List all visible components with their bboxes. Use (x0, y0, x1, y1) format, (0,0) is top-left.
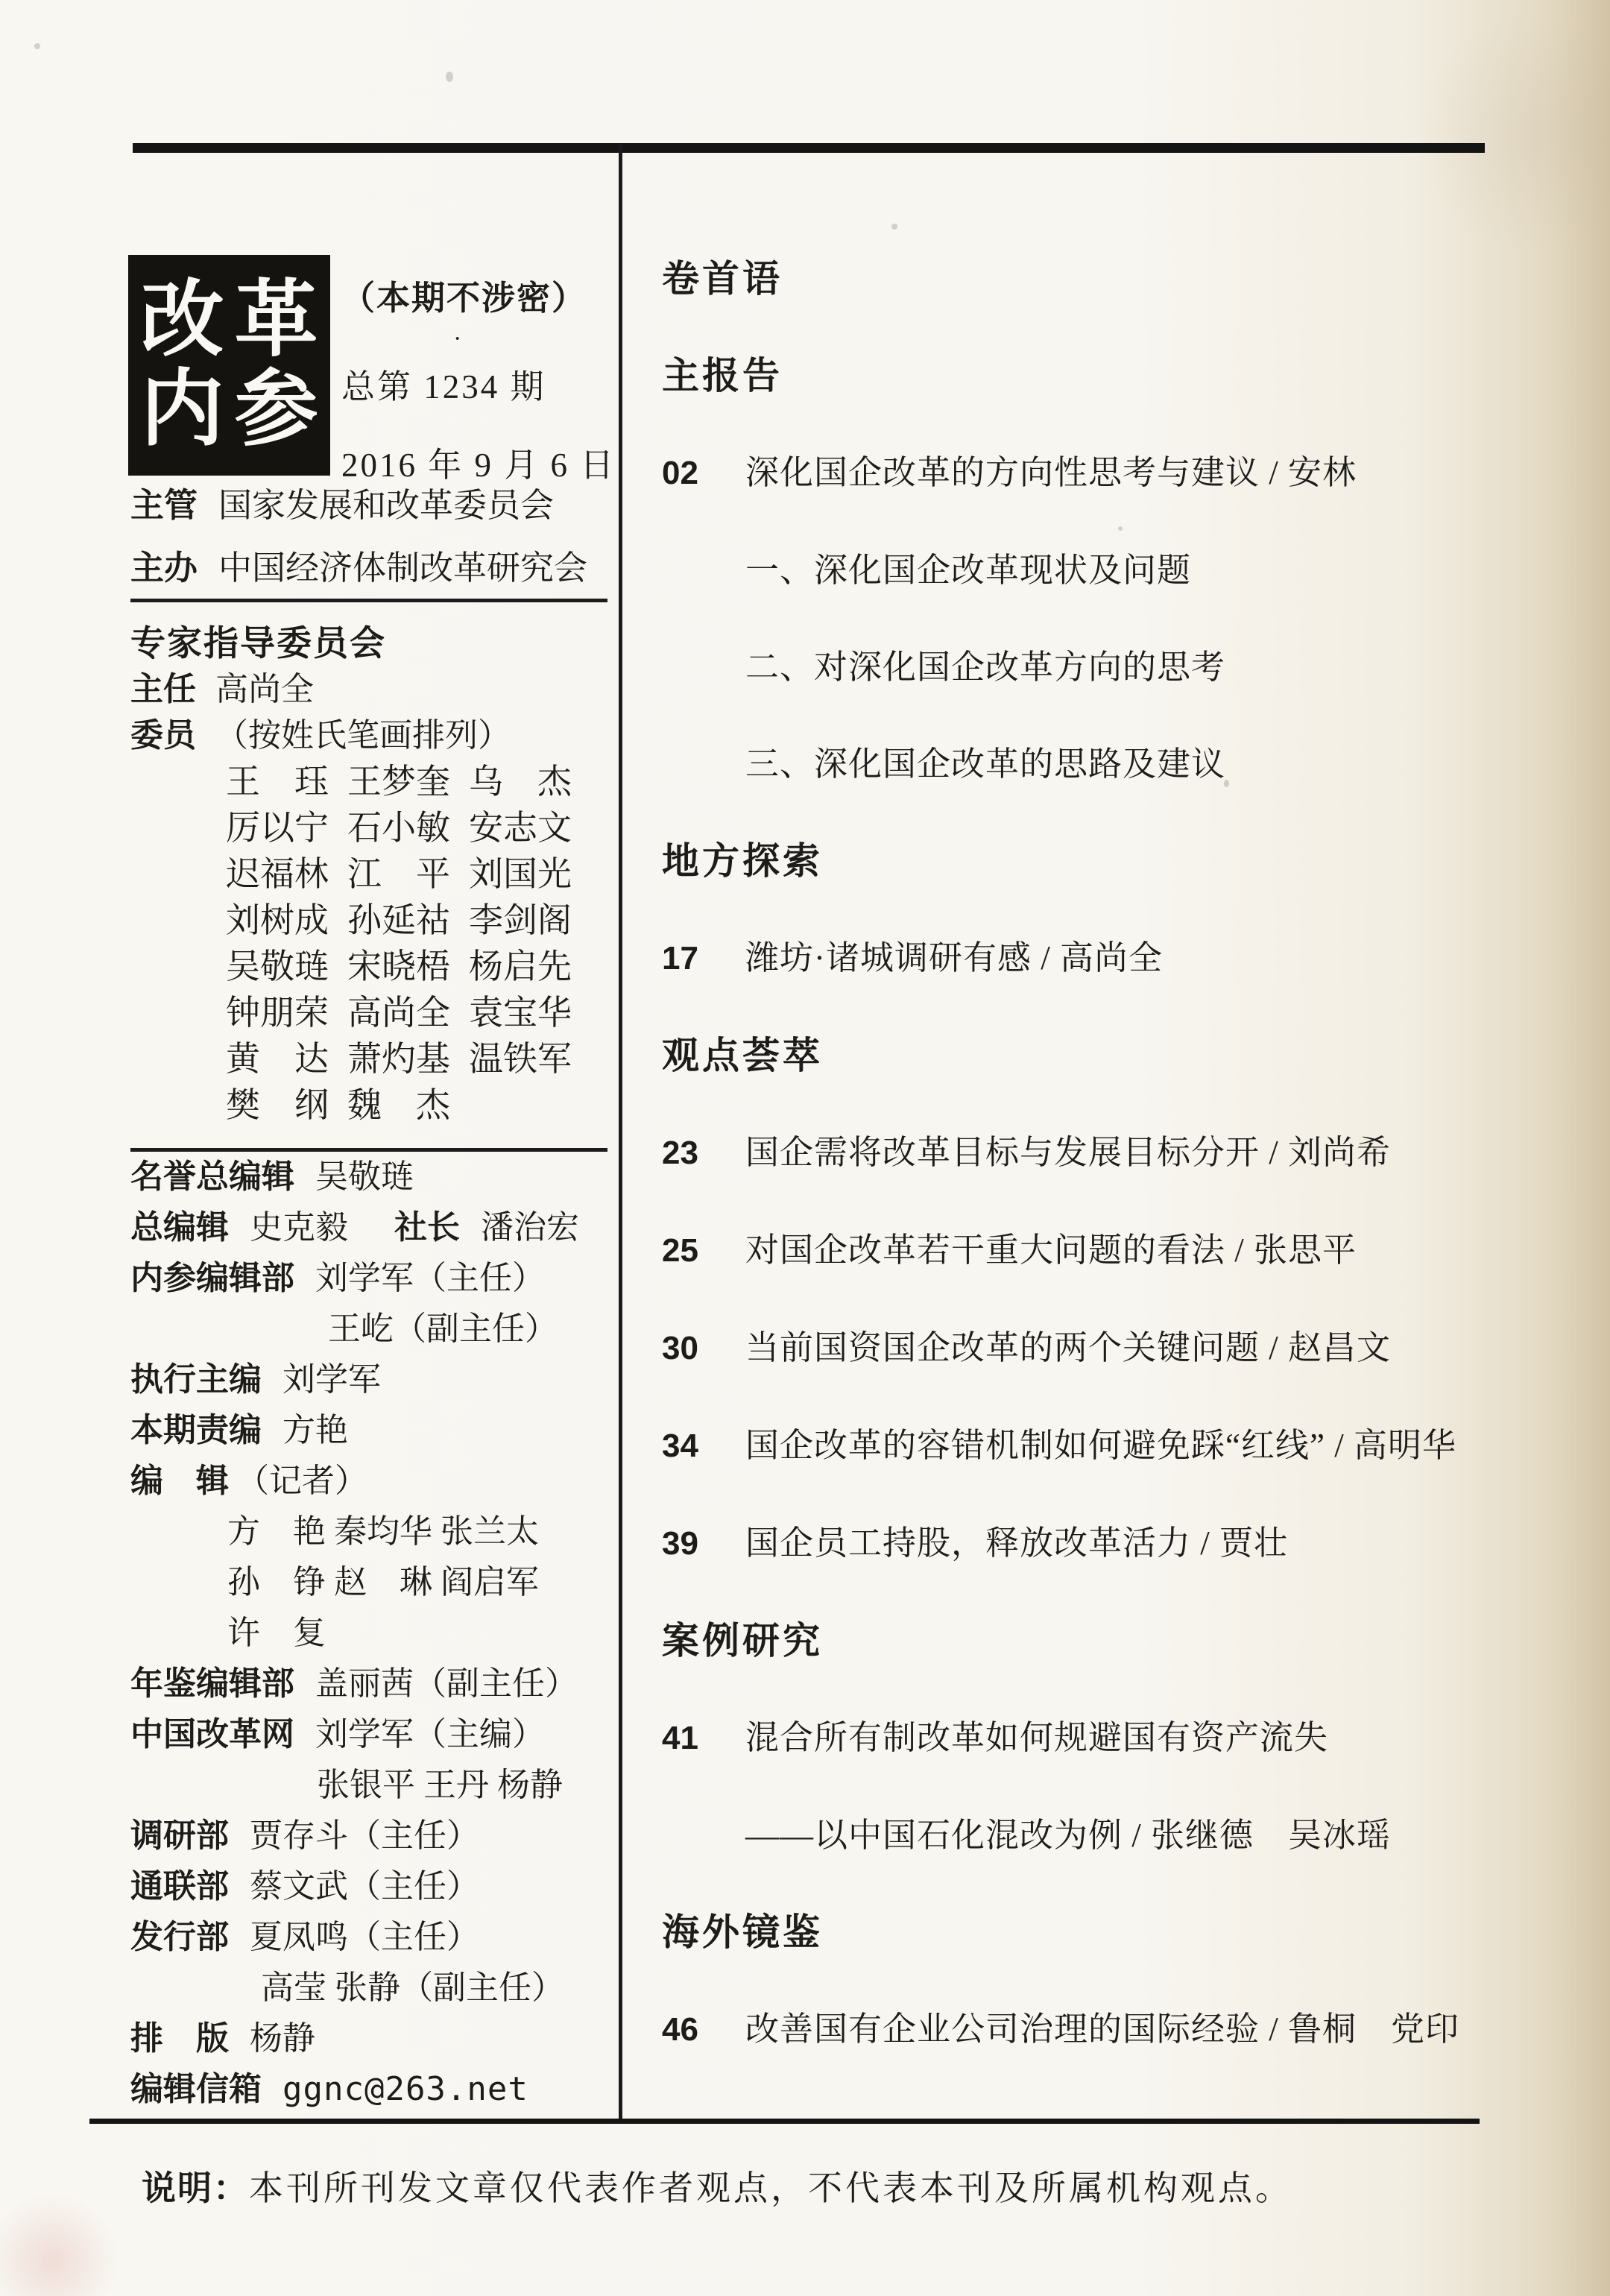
staff-row-editors-3: 许 复 (130, 1608, 619, 1659)
main-report-heading-text: 主报告 (662, 327, 783, 424)
staff-list: 名誉总编辑 吴敬琏 总编辑 史克毅 社长 潘治宏 内参编辑部 刘学军（主任） 王… (130, 1152, 619, 2115)
member-name: 杨启先 (469, 944, 590, 990)
sponsor-label: 主办 (130, 545, 198, 591)
classification-note: （本期不涉密） (341, 271, 616, 319)
member-name: 袁宝华 (469, 990, 590, 1036)
toc-entry-views-1: 23 国企需将改革目标与发展目标分开 / 刘尚希 (662, 1104, 1519, 1202)
toc-subentry-1: 一、深化国企改革现状及问题 (662, 522, 1519, 619)
scan-speck (34, 43, 40, 49)
toc-entry-views-2: 25 对国企改革若干重大问题的看法 / 张思平 (662, 1202, 1519, 1299)
member-name: 迟福林 (226, 851, 347, 898)
staff-row-executive-editor: 执行主编 刘学军 (130, 1354, 619, 1405)
staff-row-editors-2: 孙 铮 赵 琳 阎启军 (130, 1557, 619, 1608)
member-name: 石小敏 (347, 805, 469, 851)
staff-row-distribution: 发行部 夏凤鸣（主任） (130, 1912, 619, 1963)
editors-names-3: 许 复 (227, 1608, 326, 1659)
issue-editor-label: 本期责编 (130, 1405, 262, 1456)
member-name: 萧灼基 (347, 1036, 469, 1082)
member-name: 魏 杰 (347, 1082, 469, 1129)
director-value: 高尚全 (215, 666, 314, 713)
toc-subentry-text: 三、深化国企改革的思路及建议 (662, 716, 1225, 813)
toc-page-number: 30 (662, 1300, 714, 1397)
toc-entry-title: 混合所有制改革如何规避国有资产流失 (745, 1689, 1328, 1786)
masthead-separator-rule (130, 599, 607, 602)
member-name: 安志文 (469, 805, 590, 851)
staff-row-yearbook: 年鉴编辑部 盖丽茜（副主任） (130, 1659, 619, 1709)
liaison-dept-label: 通联部 (130, 1861, 229, 1912)
committee-member-grid: 王 珏王梦奎乌 杰 厉以宁石小敏安志文 迟福林江 平刘国光 刘树成孙延祜李剑阁 … (226, 759, 619, 1129)
staff-row-chief: 总编辑 史克毅 社长 潘治宏 (130, 1202, 619, 1253)
member-name: 乌 杰 (469, 759, 590, 805)
liaison-dept-value: 蔡文武（主任） (250, 1861, 479, 1912)
members-note: （按姓氏笔画排列） (215, 713, 511, 759)
reformnet-names: 张银平 王丹 杨静 (317, 1760, 563, 1811)
executive-editor-label: 执行主编 (130, 1354, 262, 1405)
distribution-dept-value: 夏凤鸣（主任） (250, 1912, 479, 1963)
neican-dept-label: 内参编辑部 (130, 1253, 294, 1304)
email-address: ggnc@263.net (282, 2064, 528, 2115)
toc-entry-views-5: 39 国企员工持股，释放改革活力 / 贾壮 (662, 1495, 1519, 1592)
member-name: 温铁军 (469, 1036, 590, 1082)
members-label: 委员 (130, 713, 196, 759)
toc-entry-title: 国企改革的容错机制如何避免踩“红线” / 高明华 (745, 1397, 1456, 1494)
toc-page-number: 25 (662, 1202, 714, 1299)
logo-line-2: 内参 (130, 365, 329, 455)
disclaimer-text: 本刊所刊发文章仅代表作者观点，不代表本刊及所属机构观点。 (249, 2169, 1292, 2207)
member-name: 刘树成 (226, 898, 347, 944)
member-name: 孙延祜 (347, 898, 469, 944)
masthead: 改革 内参 （本期不涉密） · 总第 1234 期 2016 年 9 月 6 日 (130, 257, 619, 473)
chief-editor-value: 史克毅 (250, 1202, 348, 1253)
honorary-editor-label: 名誉总编辑 (130, 1152, 294, 1202)
bottom-rule (89, 2119, 1480, 2124)
executive-editor-value: 刘学军 (282, 1354, 381, 1405)
issue-editor-value: 方艳 (282, 1405, 348, 1456)
editors-note: （记者） (236, 1456, 367, 1507)
toc-heading-preface: 卷首语 (662, 230, 1519, 327)
editors-names-2: 孙 铮 赵 琳 阎启军 (227, 1557, 539, 1608)
editors-label: 编 辑 (130, 1456, 229, 1507)
toc-subentry-3: 三、深化国企改革的思路及建议 (662, 716, 1519, 813)
typeset-value: 杨静 (250, 2013, 315, 2064)
committee-members-row: 委员 （按姓氏笔画排列） (130, 713, 619, 759)
toc-entry-subtitle: ——以中国石化混改为例 / 张继德 吴冰瑶 (662, 1787, 1391, 1884)
committee-title: 专家指导委员会 (130, 620, 619, 666)
scanned-journal-toc-page: 改革 内参 （本期不涉密） · 总第 1234 期 2016 年 9 月 6 日… (0, 0, 1610, 2296)
local-heading-text: 地方探索 (662, 813, 823, 909)
reformnet-label: 中国改革网 (130, 1709, 294, 1760)
separator-dot: · (453, 325, 616, 353)
journal-logo: 改革 内参 (130, 257, 328, 473)
case-heading-text: 案例研究 (662, 1592, 823, 1689)
reformnet-value: 刘学军（主编） (315, 1709, 545, 1760)
toc-entry-title: 改善国有企业公司治理的国际经验 / 鲁桐 党印 (745, 1981, 1459, 2078)
staff-row-liaison: 通联部 蔡文武（主任） (130, 1861, 619, 1912)
member-name: 李剑阁 (469, 898, 590, 944)
member-name: 厉以宁 (226, 805, 347, 851)
staff-row-editors: 编 辑 （记者） (130, 1456, 619, 1507)
toc-entry-overseas: 46 改善国有企业公司治理的国际经验 / 鲁桐 党印 (662, 1981, 1519, 2078)
research-dept-label: 调研部 (130, 1811, 229, 1861)
president-value: 潘治宏 (481, 1202, 579, 1253)
honorary-editor-value: 吴敬琏 (315, 1152, 414, 1202)
director-label: 主任 (130, 666, 196, 713)
scan-speck (446, 72, 453, 82)
president-label: 社长 (394, 1202, 460, 1253)
neican-dept-deputy: 王屹（副主任） (328, 1304, 558, 1354)
sponsor-row: 主办 中国经济体制改革研究会 (130, 545, 619, 591)
toc-entry-local: 17 潍坊·诸城调研有感 / 高尚全 (662, 909, 1519, 1007)
disclaimer-label: 说明： (142, 2169, 249, 2207)
toc-page-number: 34 (662, 1398, 714, 1495)
column-divider (619, 143, 622, 2124)
masthead-column: 改革 内参 （本期不涉密） · 总第 1234 期 2016 年 9 月 6 日… (130, 143, 619, 2115)
editors-names-1: 方 艳 秦均华 张兰太 (227, 1507, 539, 1557)
toc-page-number: 17 (662, 910, 714, 1007)
toc-entry-case: 41 混合所有制改革如何规避国有资产流失 (662, 1689, 1519, 1787)
preface-heading-text: 卷首语 (662, 230, 783, 327)
toc-entry-title: 国企需将改革目标与发展目标分开 / 刘尚希 (745, 1104, 1391, 1201)
disclaimer-note: 说明：本刊所刊发文章仅代表作者观点，不代表本刊及所属机构观点。 (142, 2162, 1292, 2223)
issue-date: 2016 年 9 月 6 日 (341, 438, 616, 486)
toc-entry-title: 当前国资国企改革的两个关键问题 / 赵昌文 (745, 1299, 1391, 1396)
issue-number: 总第 1234 期 (341, 359, 616, 408)
email-label: 编辑信箱 (130, 2064, 262, 2115)
member-name: 钟朋荣 (226, 990, 347, 1036)
toc-page-number: 41 (662, 1690, 714, 1787)
staff-row-neican-dept-2: 王屹（副主任） (130, 1304, 619, 1354)
supervisor-value: 国家发展和改革委员会 (218, 482, 554, 529)
member-name (469, 1082, 590, 1129)
member-name: 王 珏 (226, 759, 347, 805)
supervisor-row: 主管 国家发展和改革委员会 (130, 482, 619, 529)
sponsor-value: 中国经济体制改革研究会 (218, 545, 587, 591)
neican-dept-value: 刘学军（主任） (315, 1253, 545, 1304)
toc-heading-main-report: 主报告 (662, 327, 1519, 424)
typeset-label: 排 版 (130, 2013, 229, 2064)
member-name: 吴敬琏 (226, 944, 347, 990)
yearbook-dept-label: 年鉴编辑部 (130, 1659, 294, 1709)
issue-info: （本期不涉密） · 总第 1234 期 2016 年 9 月 6 日 (341, 257, 616, 473)
views-heading-text: 观点荟萃 (662, 1007, 823, 1104)
logo-line-1: 改革 (130, 276, 329, 365)
staff-row-typeset: 排 版 杨静 (130, 2013, 619, 2064)
toc-heading-views: 观点荟萃 (662, 1007, 1519, 1104)
toc-page-number: 39 (662, 1495, 714, 1592)
chief-editor-label: 总编辑 (130, 1202, 229, 1253)
toc-entry-views-4: 34 国企改革的容错机制如何避免踩“红线” / 高明华 (662, 1397, 1519, 1495)
staff-row-reformnet-2: 张银平 王丹 杨静 (130, 1760, 619, 1811)
member-name: 刘国光 (469, 851, 590, 898)
toc-heading-overseas: 海外镜鉴 (662, 1884, 1519, 1981)
toc-entry-case-subtitle: ——以中国石化混改为例 / 张继德 吴冰瑶 (662, 1787, 1519, 1884)
toc-page-number: 46 (662, 1981, 714, 2078)
research-dept-value: 贾存斗（主任） (250, 1811, 479, 1861)
staff-row-neican-dept: 内参编辑部 刘学军（主任） (130, 1253, 619, 1304)
committee-director-row: 主任 高尚全 (130, 666, 619, 713)
staff-row-issue-editor: 本期责编 方艳 (130, 1405, 619, 1456)
toc-heading-case: 案例研究 (662, 1592, 1519, 1689)
toc-entry-title: 潍坊·诸城调研有感 / 高尚全 (745, 909, 1163, 1006)
toc-entry-main-report: 02 深化国企改革的方向性思考与建议 / 安林 (662, 424, 1519, 522)
staff-row-reformnet: 中国改革网 刘学军（主编） (130, 1709, 619, 1760)
toc-page-number: 23 (662, 1105, 714, 1202)
yearbook-dept-value: 盖丽茜（副主任） (315, 1659, 578, 1709)
supervisor-label: 主管 (130, 482, 198, 529)
distribution-deputies: 高莹 张静（副主任） (261, 1963, 564, 2013)
member-name: 王梦奎 (347, 759, 469, 805)
staff-row-email: 编辑信箱 ggnc@263.net (130, 2064, 619, 2115)
toc-column: 卷首语 主报告 02 深化国企改革的方向性思考与建议 / 安林 一、深化国企改革… (662, 143, 1519, 2078)
toc-entry-title: 国企员工持股，释放改革活力 / 贾壮 (745, 1495, 1288, 1592)
toc-entry-title: 对国企改革若干重大问题的看法 / 张思平 (745, 1202, 1357, 1299)
toc-entry-views-3: 30 当前国资国企改革的两个关键问题 / 赵昌文 (662, 1299, 1519, 1397)
overseas-heading-text: 海外镜鉴 (662, 1884, 823, 1981)
toc-heading-local: 地方探索 (662, 813, 1519, 909)
member-name: 黄 达 (226, 1036, 347, 1082)
member-name: 江 平 (347, 851, 469, 898)
toc-subentry-text: 一、深化国企改革现状及问题 (662, 522, 1191, 619)
staff-row-editors-1: 方 艳 秦均华 张兰太 (130, 1507, 619, 1557)
toc-subentry-text: 二、对深化国企改革方向的思考 (662, 619, 1225, 716)
member-name: 樊 纲 (226, 1082, 347, 1129)
staff-row-research: 调研部 贾存斗（主任） (130, 1811, 619, 1861)
toc-subentry-2: 二、对深化国企改革方向的思考 (662, 619, 1519, 716)
member-name: 宋晓梧 (347, 944, 469, 990)
distribution-dept-label: 发行部 (130, 1912, 229, 1963)
toc-entry-title: 深化国企改革的方向性思考与建议 / 安林 (745, 424, 1357, 521)
member-name: 高尚全 (347, 990, 469, 1036)
staff-row-honorary: 名誉总编辑 吴敬琏 (130, 1152, 619, 1202)
staff-row-distribution-2: 高莹 张静（副主任） (130, 1963, 619, 2013)
toc-page-number: 02 (662, 425, 714, 522)
